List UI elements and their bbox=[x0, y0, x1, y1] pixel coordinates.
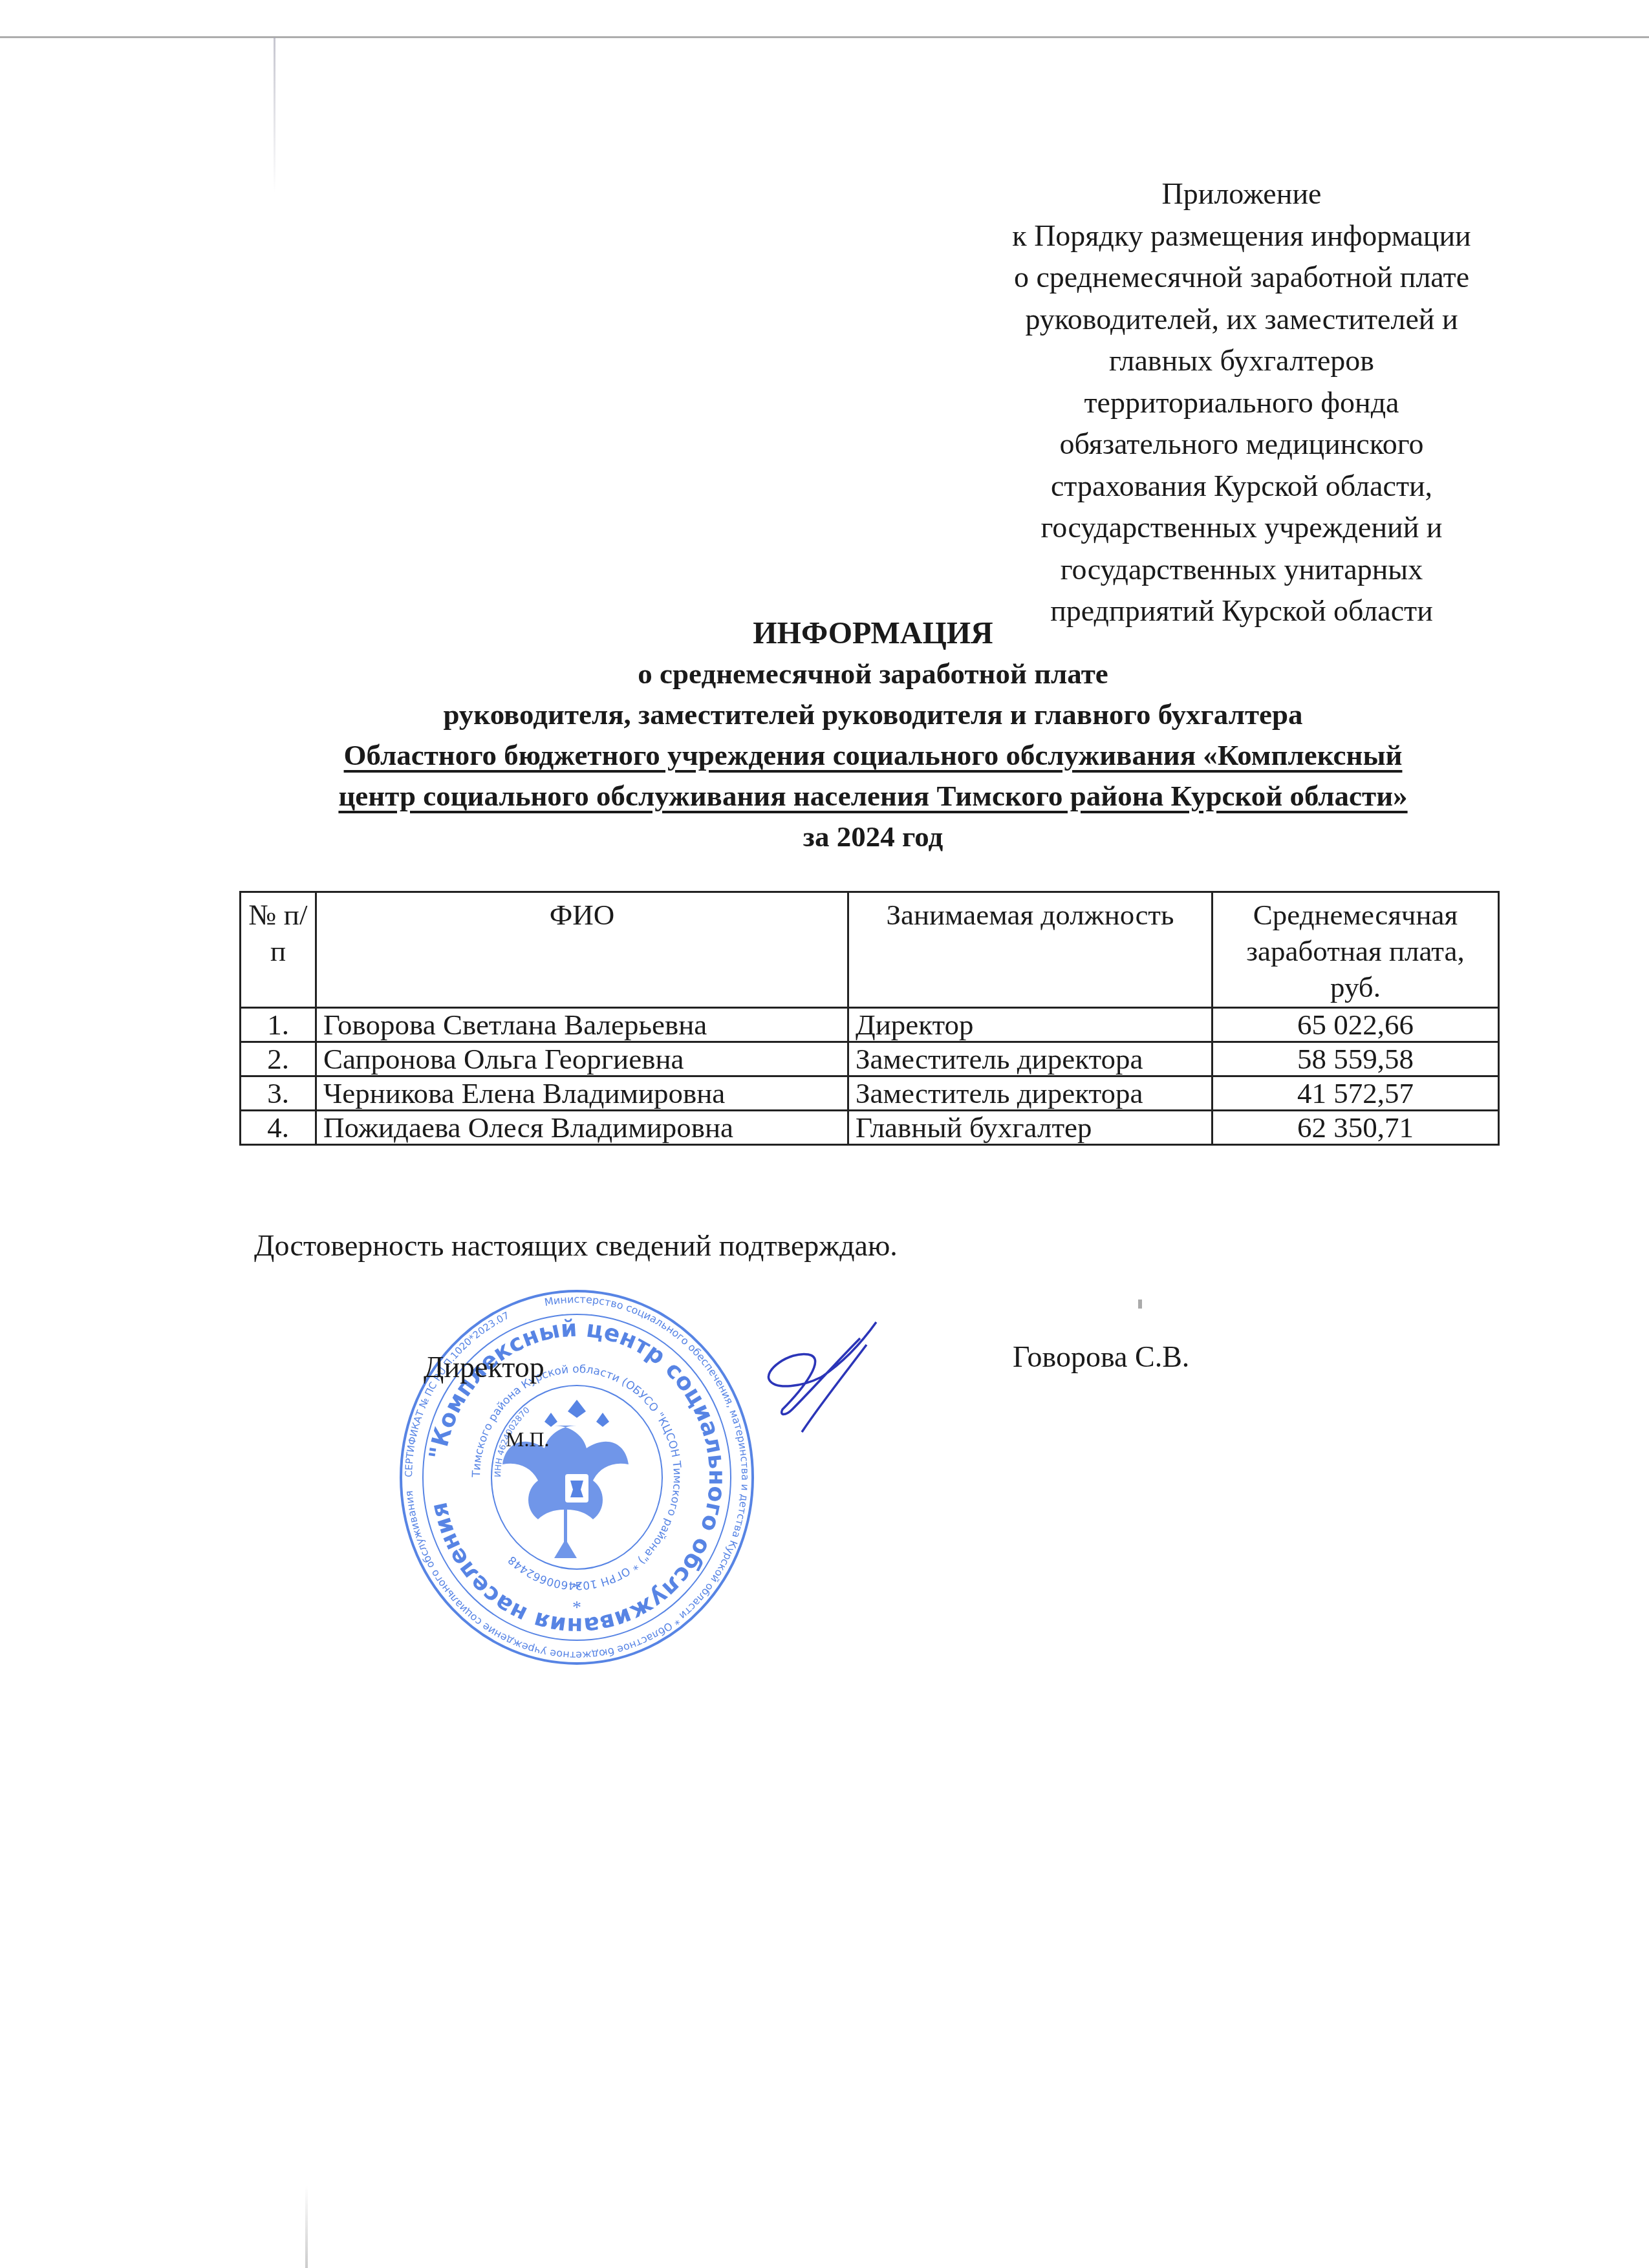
organization-name-line: центр социального обслуживания населения… bbox=[338, 780, 1407, 812]
header-name: ФИО bbox=[316, 892, 848, 1008]
row-position: Главный бухгалтер bbox=[848, 1111, 1212, 1145]
row-salary: 41 572,57 bbox=[1212, 1076, 1499, 1111]
row-name: Сапронова Ольга Георгиевна bbox=[316, 1042, 848, 1076]
appendix-line: главных бухгалтеров bbox=[957, 340, 1526, 382]
appendix-line: государственных унитарных bbox=[957, 549, 1526, 591]
document-title: ИНФОРМАЦИЯ о среднемесячной заработной п… bbox=[246, 613, 1500, 857]
appendix-line: страхования Курской области, bbox=[957, 465, 1526, 508]
appendix-line: Приложение bbox=[957, 173, 1526, 215]
seal-place-label: М.П. bbox=[506, 1428, 550, 1451]
appendix-line: территориального фонда bbox=[957, 382, 1526, 424]
official-seal-icon: СЕРТИФИКАТ № ПС RU.П.1020*2023.07 Минист… bbox=[396, 1287, 758, 1668]
row-number: 2. bbox=[241, 1042, 316, 1076]
row-number: 3. bbox=[241, 1076, 316, 1111]
table-row: 4. Пожидаева Олеся Владимировна Главный … bbox=[241, 1111, 1499, 1145]
row-number: 4. bbox=[241, 1111, 316, 1145]
title-subline: о среднемесячной заработной плате bbox=[246, 654, 1500, 694]
director-label: Директор bbox=[424, 1350, 544, 1384]
scan-artifact bbox=[305, 2185, 308, 2268]
scan-artifact bbox=[274, 37, 275, 193]
salary-table: № п/п ФИО Занимаемая должность Среднемес… bbox=[239, 891, 1500, 1146]
table-header-row: № п/п ФИО Занимаемая должность Среднемес… bbox=[241, 892, 1499, 1008]
row-name: Говорова Светлана Валерьевна bbox=[316, 1008, 848, 1042]
title-subline: руководителя, заместителей руководителя … bbox=[246, 694, 1500, 735]
appendix-line: к Порядку размещения информации bbox=[957, 215, 1526, 257]
header-position: Занимаемая должность bbox=[848, 892, 1212, 1008]
scan-speck bbox=[1138, 1300, 1142, 1309]
appendix-note: Приложение к Порядку размещения информац… bbox=[957, 173, 1526, 632]
appendix-line: руководителей, их заместителей и bbox=[957, 299, 1526, 341]
scan-edge-line bbox=[0, 36, 1649, 38]
title-heading: ИНФОРМАЦИЯ bbox=[246, 613, 1500, 654]
row-salary: 58 559,58 bbox=[1212, 1042, 1499, 1076]
table-row: 1. Говорова Светлана Валерьевна Директор… bbox=[241, 1008, 1499, 1042]
table-row: 3. Черникова Елена Владимировна Заместит… bbox=[241, 1076, 1499, 1111]
row-name: Пожидаева Олеся Владимировна bbox=[316, 1111, 848, 1145]
row-name: Черникова Елена Владимировна bbox=[316, 1076, 848, 1111]
row-position: Директор bbox=[848, 1008, 1212, 1042]
header-number: № п/п bbox=[241, 892, 316, 1008]
signer-name: Говорова С.В. bbox=[1013, 1340, 1189, 1374]
header-salary: Среднемесячная заработная плата, руб. bbox=[1212, 892, 1499, 1008]
table-row: 2. Сапронова Ольга Георгиевна Заместител… bbox=[241, 1042, 1499, 1076]
confirmation-statement: Достоверность настоящих сведений подтвер… bbox=[254, 1228, 898, 1263]
row-salary: 62 350,71 bbox=[1212, 1111, 1499, 1145]
row-salary: 65 022,66 bbox=[1212, 1008, 1499, 1042]
row-position: Заместитель директора bbox=[848, 1042, 1212, 1076]
svg-text:*: * bbox=[572, 1598, 581, 1618]
signature-icon bbox=[750, 1319, 879, 1435]
appendix-line: о среднемесячной заработной плате bbox=[957, 257, 1526, 299]
appendix-line: государственных учреждений и bbox=[957, 507, 1526, 549]
appendix-line: обязательного медицинского bbox=[957, 423, 1526, 465]
svg-text:*: * bbox=[572, 1578, 581, 1598]
row-position: Заместитель директора bbox=[848, 1076, 1212, 1111]
row-number: 1. bbox=[241, 1008, 316, 1042]
report-period: за 2024 год bbox=[246, 817, 1500, 857]
organization-name-line: Областного бюджетного учреждения социаль… bbox=[344, 739, 1403, 771]
